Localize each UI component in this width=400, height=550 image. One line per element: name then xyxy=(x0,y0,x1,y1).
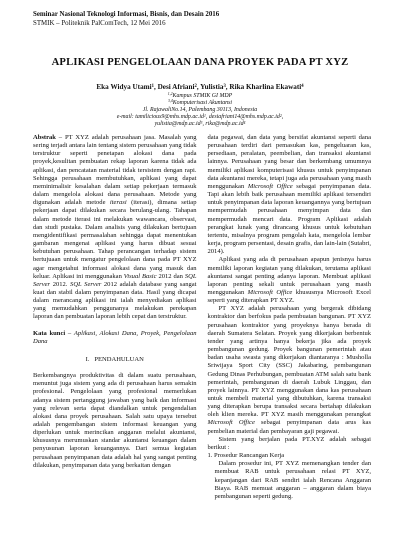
paper-title: APLIKASI PENGELOLAAN DANA PROYEK PADA PT… xyxy=(0,57,400,68)
procedure-list-item-title: 1. Prosedur Rancangan Kerja xyxy=(208,452,372,460)
keywords-paragraph: Kata kunci – Aplikasi, Alokasi Dana, Pro… xyxy=(33,330,197,346)
affiliation-2: 3,4Komputerisasi Akuntansi xyxy=(0,100,400,107)
two-column-body: Abstrak – PT XYZ adalah perusahaan jasa.… xyxy=(33,134,371,501)
body-paragraph-4: Sistem yang berjalan pada PT.XYZ adalah … xyxy=(208,436,372,452)
section-heading-pendahuluan: I. PENDAHULUAN xyxy=(33,356,197,364)
email-line-2: yulistia@mdp.ac.id3, rika@mdp.ac.id4 xyxy=(0,121,400,128)
body-paragraph-continuation: data pegawai, dan data yang bersifat aku… xyxy=(208,134,372,256)
conference-venue-date: STMIK – Politeknik PalComTech, 12 Mei 20… xyxy=(33,20,219,29)
abstract-paragraph: Abstrak – PT XYZ adalah perusahaan jasa.… xyxy=(33,134,197,322)
left-column: Abstrak – PT XYZ adalah perusahaan jasa.… xyxy=(33,134,197,501)
running-head: Seminar Nasional Teknologi Informasi, Bi… xyxy=(33,11,219,28)
body-paragraph-2: Aplikasi yang ada di perusahaan apapun j… xyxy=(208,256,372,305)
right-column: data pegawai, dan data yang bersifat aku… xyxy=(208,134,372,501)
affiliation-1: 1,2Kampus STMIK GI MDP xyxy=(0,93,400,100)
conference-name: Seminar Nasional Teknologi Informasi, Bi… xyxy=(33,11,219,20)
authors-line: Eka Widya Utami1, Desi Afriani2, Yulisti… xyxy=(0,83,400,91)
intro-paragraph: Berkembangnya produktivitas di dalam sua… xyxy=(33,372,197,470)
body-paragraph-3: PT XYZ adalah perusahaan yang bergerak d… xyxy=(208,305,372,436)
email-line-1: e-mail: tamilicious9@mhs.mdp.ac.id1, des… xyxy=(0,114,400,121)
paper-page: Seminar Nasional Teknologi Informasi, Bi… xyxy=(0,0,400,550)
frontmatter: 1,2Kampus STMIK GI MDP 3,4Komputerisasi … xyxy=(0,93,400,128)
procedure-list-item-body: Dalam prosedur ini, PT XYZ memenangkan t… xyxy=(215,460,372,501)
